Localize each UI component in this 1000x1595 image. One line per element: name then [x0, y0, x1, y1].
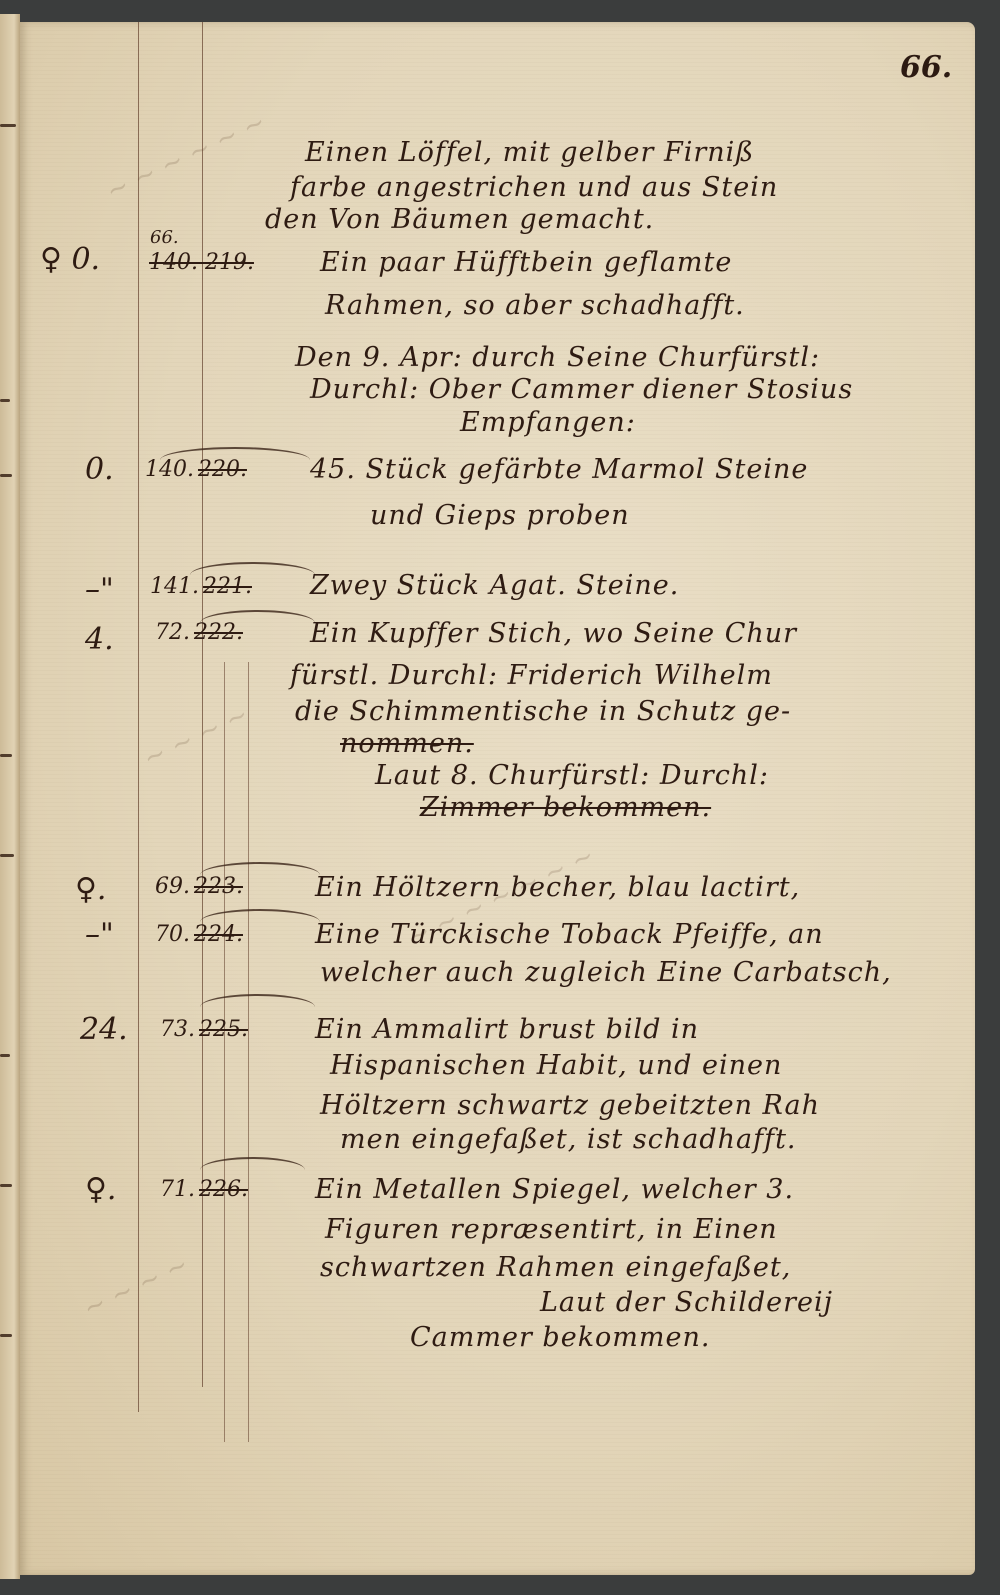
entry-number: 66. [150, 227, 179, 248]
bleed-through: ~ ~ ~ ~ ~ ~ [102, 107, 271, 207]
entry-line: Eine Türckische Toback Pfeiffe, an [315, 919, 824, 950]
ledger-swash [200, 610, 315, 636]
ledger-swash [200, 862, 320, 888]
entry-line: Ein Metallen Spiegel, welcher 3. [315, 1174, 794, 1205]
margin-symbol: –" [85, 917, 114, 952]
entry-line: und Gieps proben [370, 500, 630, 531]
entry-line: Zwey Stück Agat. Steine. [310, 570, 679, 601]
ledger-swash [160, 447, 310, 473]
column-rule [248, 662, 249, 1442]
ink-mark [0, 1184, 12, 1187]
entry-line: Ein Ammalirt brust bild in [315, 1014, 699, 1045]
bleed-through: ~ ~ ~ ~ [139, 700, 253, 774]
old-number: 140. 219. [145, 250, 254, 275]
column-rule [138, 22, 139, 1412]
margin-symbol: ♀. [85, 1172, 116, 1207]
entry-line: den Von Bäumen gemacht. [265, 204, 654, 235]
entry-line: Ein paar Hüfftbein geflamte [320, 247, 732, 278]
entry-line: Hispanischen Habit, und einen [330, 1050, 782, 1081]
ink-mark [0, 399, 10, 402]
ink-mark [0, 754, 12, 757]
entry-line: Cammer bekommen. [410, 1322, 710, 1353]
ledger-swash [200, 994, 315, 1020]
ledger-swash [200, 909, 320, 935]
ink-mark [0, 1054, 10, 1057]
entry-line: 45. Stück gefärbte Marmol Steine [310, 454, 808, 485]
entry-line: Den 9. Apr: durch Seine Churfürstl: [295, 342, 820, 373]
ledger-swash [200, 1157, 305, 1183]
facing-page-edge [0, 14, 20, 1579]
ink-mark [0, 474, 12, 477]
entry-line: Höltzern schwartz gebeitzten Rah [320, 1090, 820, 1121]
entry-line: Empfangen: [460, 407, 636, 438]
entry-line: schwartzen Rahmen eingefaßet, [320, 1252, 791, 1283]
page-number: 66. [900, 50, 952, 85]
margin-symbol: –" [85, 572, 114, 607]
entry-line: welcher auch zugleich Eine Carbatsch, [320, 957, 892, 988]
ink-mark [0, 1334, 12, 1337]
margin-symbol: 4. [85, 622, 114, 657]
bleed-through: ~ ~ ~ ~ [79, 1250, 193, 1324]
column-rule [224, 662, 225, 1442]
entry-line: Ein Höltzern becher, blau lactirt, [315, 872, 800, 903]
entry-line: Laut der Schildereij [540, 1287, 833, 1318]
margin-symbol: 24. [80, 1012, 128, 1047]
manuscript-page: ~ ~ ~ ~ ~ ~ ~ ~ ~ ~ ~ ~ ~ ~ ~ ~ ~ ~ ~ ~ … [20, 22, 975, 1575]
ink-mark [0, 854, 14, 857]
ink-mark [0, 124, 16, 127]
entry-line: Figuren repræsentirt, in Einen [325, 1214, 778, 1245]
margin-symbol: ♀ 0. [40, 242, 100, 277]
entry-line: Einen Löffel, mit gelber Firniß [305, 137, 754, 168]
entry-line: Durchl: Ober Cammer diener Stosius [310, 374, 853, 405]
entry-line: farbe angestrichen und aus Stein [290, 172, 778, 203]
margin-symbol: 0. [85, 452, 114, 487]
entry-line: Laut 8. Churfürstl: Durchl: [375, 760, 769, 791]
entry-number: 73.225. [160, 1017, 248, 1042]
entry-line: Rahmen, so aber schadhafft. [325, 290, 745, 321]
entry-line: Zimmer bekommen. [420, 792, 711, 823]
entry-line: fürstl. Durchl: Friderich Wilhelm [290, 660, 773, 691]
entry-line: die Schimmentische in Schutz ge- [295, 696, 791, 727]
entry-line: men eingefaßet, ist schadhafft. [340, 1124, 797, 1155]
entry-line: Ein Kupffer Stich, wo Seine Chur [310, 618, 797, 649]
margin-symbol: ♀. [75, 872, 106, 907]
entry-line: nommen. [340, 728, 474, 759]
ledger-swash [190, 562, 315, 588]
